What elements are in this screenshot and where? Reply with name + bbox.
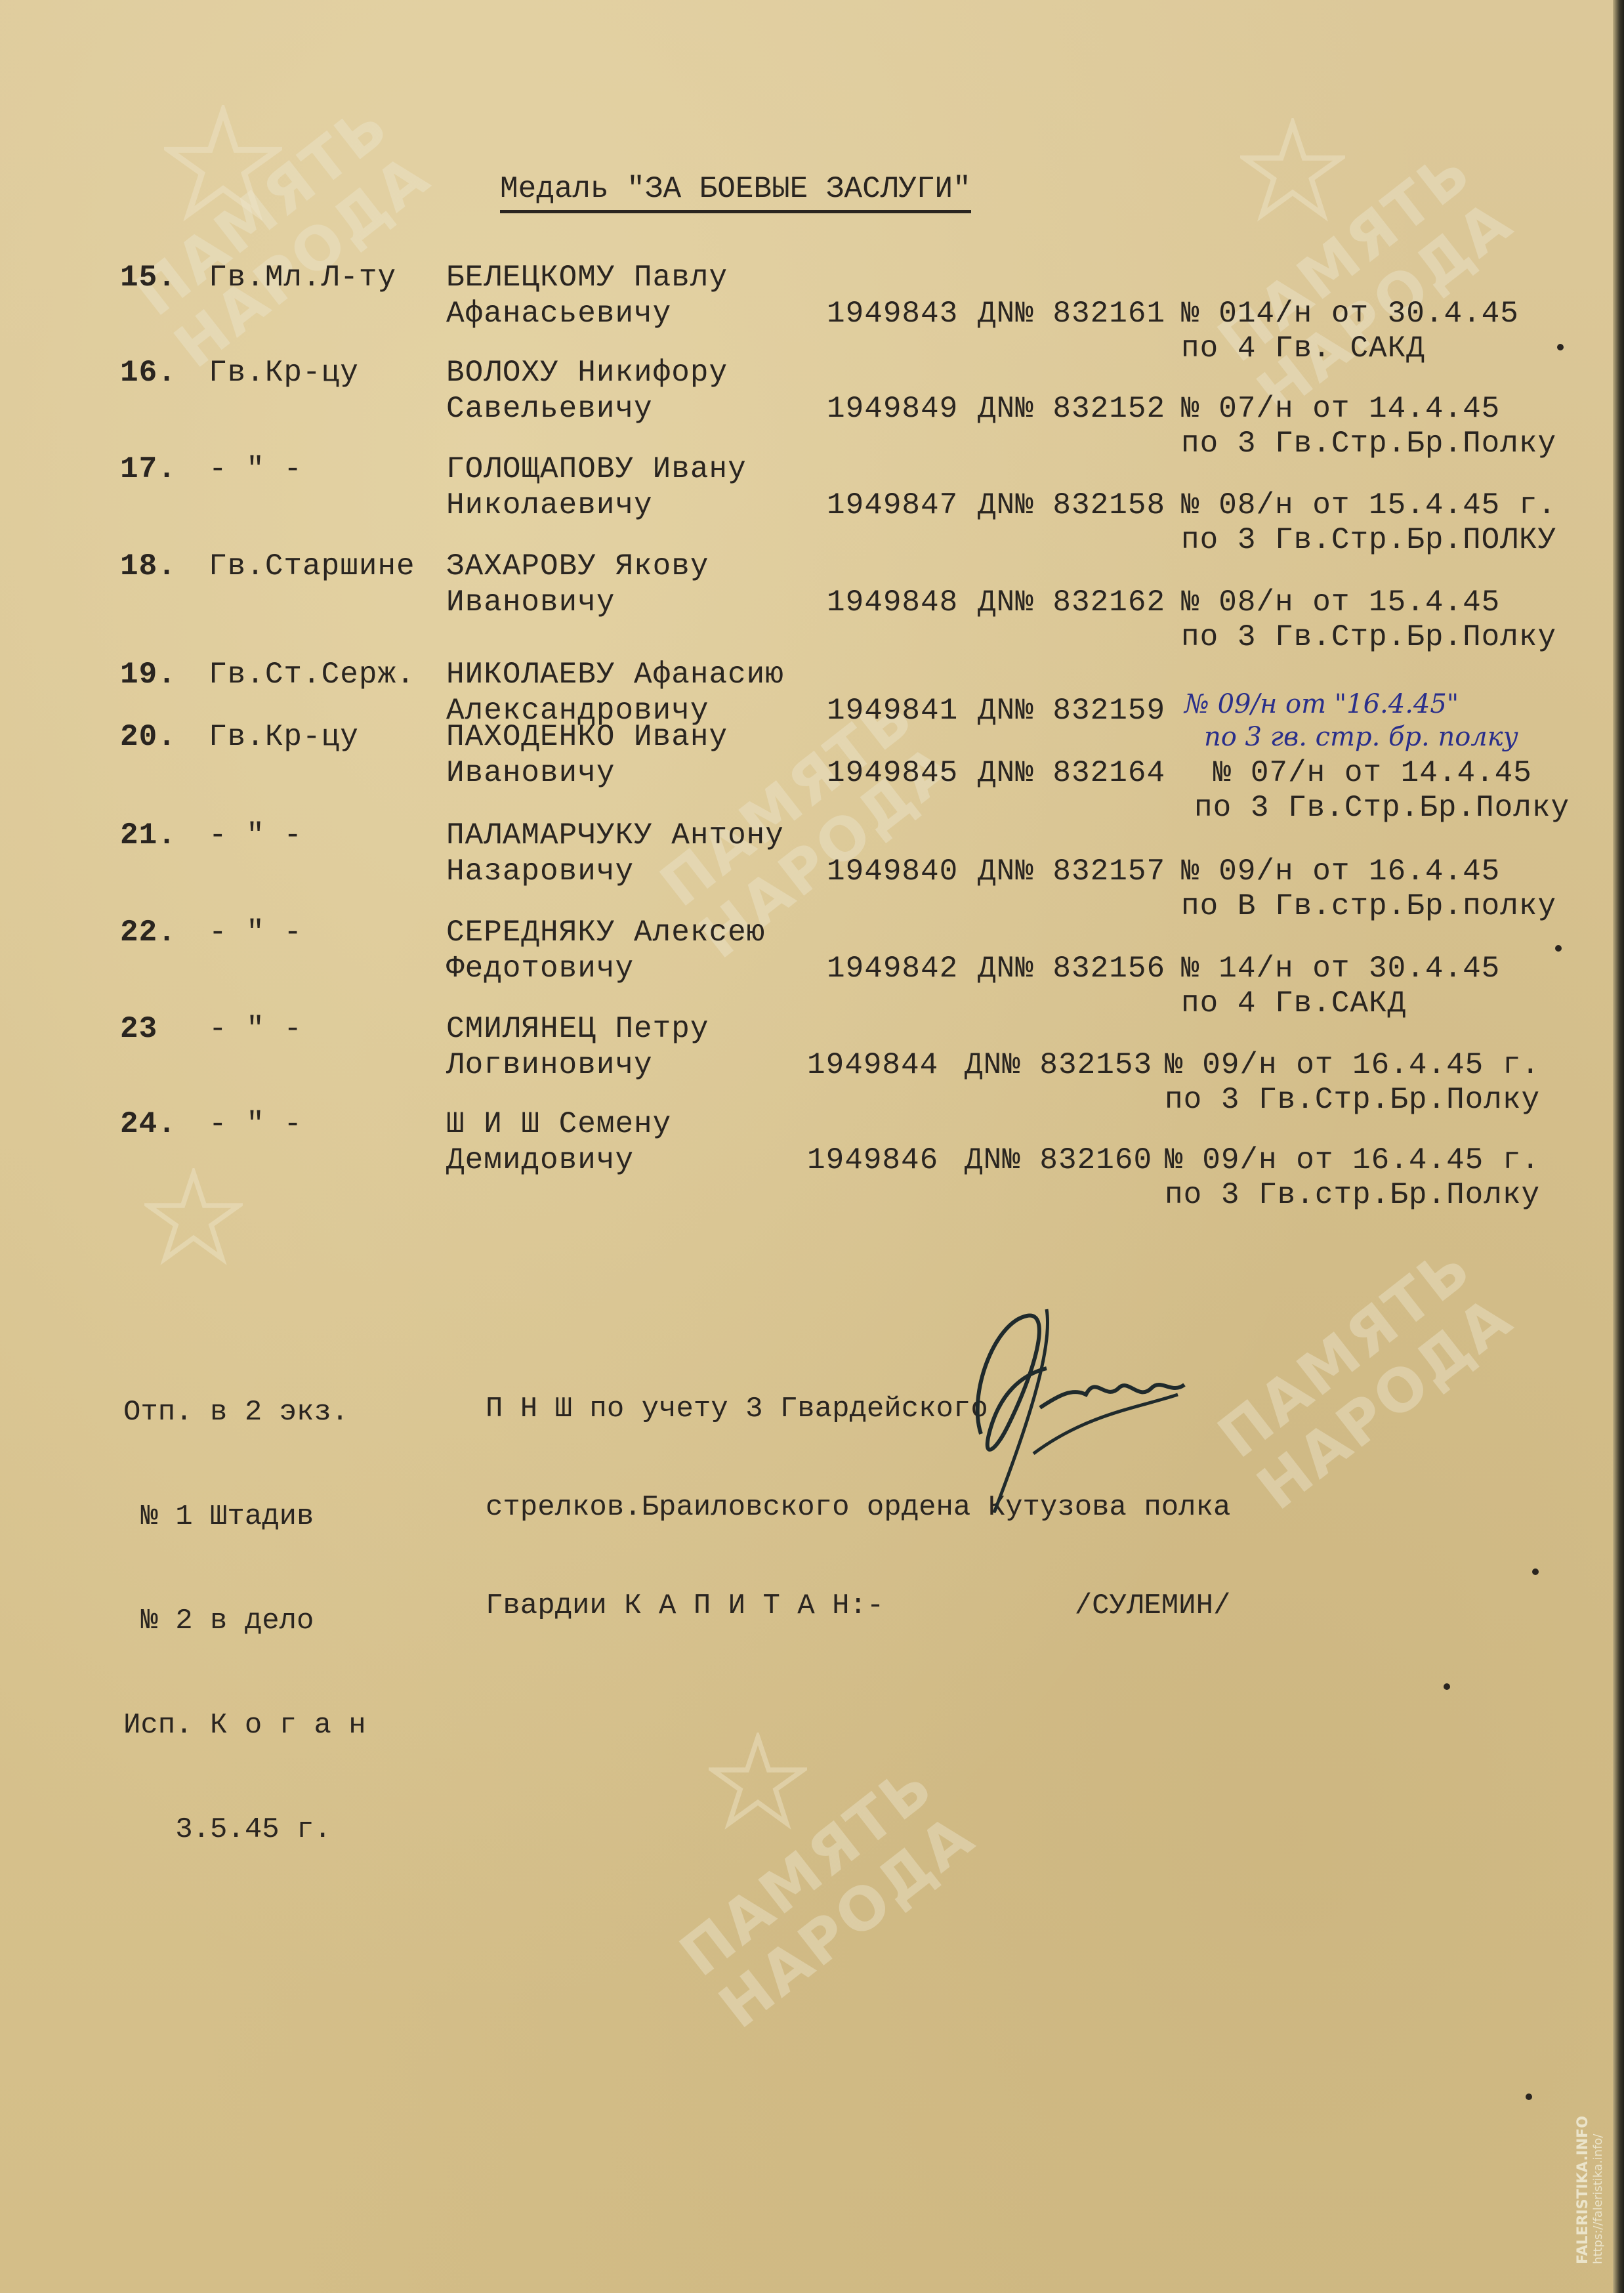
entry-patronymic: Ивановичу (446, 587, 615, 618)
entry-number: 17. (120, 454, 177, 484)
medal-number: 1949847 (827, 490, 958, 520)
award-entry: 23- " -СМИЛЯНЕЦ ПетруЛогвиновичу1949844Д… (0, 1014, 1613, 1106)
medal-number: 1949846 (807, 1145, 938, 1175)
entry-rank: Гв.Старшине (209, 551, 415, 581)
award-entry: 21.- " -ПАЛАМАРЧУКУ АнтонуНазаровичу1949… (0, 820, 1613, 912)
document-number: ДN№ 832153 (965, 1050, 1152, 1080)
document-number: ДN№ 832160 (965, 1145, 1152, 1175)
entry-surname-name: СМИЛЯНЕЦ Петру (446, 1014, 709, 1044)
order-reference: № 07/н от 14.4.45 (1181, 394, 1500, 424)
document-number: ДN№ 832162 (978, 587, 1165, 618)
award-entry: 16.Гв.Кр-цуВОЛОХУ НикифоруСавельевичу194… (0, 358, 1613, 450)
award-entry: 20.Гв.Кр-цуПАХОДЕНКО ИвануИвановичу19498… (0, 722, 1613, 814)
award-entry: 22.- " -СЕРЕДНЯКУ АлексеюФедотовичу19498… (0, 917, 1613, 1009)
document-number: ДN№ 832158 (978, 490, 1165, 520)
site-watermark: FALERISTIKA.INFO https://faleristika.inf… (1575, 2116, 1605, 2264)
order-reference: № 14/н от 30.4.45 (1181, 954, 1500, 984)
order-unit: по 3 Гв.Стр.Бр.Полку (1181, 622, 1556, 652)
order-reference: № 08/н от 15.4.45 г. (1181, 490, 1556, 520)
paper-speck (1557, 344, 1564, 350)
entry-surname-name: ПАЛАМАРЧУКУ Антону (446, 820, 784, 851)
medal-number: 1949849 (827, 394, 958, 424)
medal-number: 1949848 (827, 587, 958, 618)
entry-rank: Гв.Мл.Л-ту (209, 263, 396, 293)
document-title: Медаль "ЗА БОЕВЫЕ ЗАСЛУГИ" (500, 172, 971, 213)
page-edge-shadow (1613, 0, 1624, 2293)
entry-number: 18. (120, 551, 177, 581)
document-number: ДN№ 832164 (978, 758, 1165, 788)
entry-number: 23 (120, 1014, 157, 1044)
order-reference: № 07/н от 14.4.45 (1194, 758, 1532, 788)
paper-speck (1526, 2093, 1532, 2100)
entry-patronymic: Федотовичу (446, 954, 634, 984)
entry-patronymic: Николаевичу (446, 490, 653, 520)
order-reference: № 09/н от 16.4.45 г. (1165, 1145, 1540, 1175)
entry-rank: - " - (209, 1109, 302, 1139)
paper-speck (1555, 945, 1562, 952)
signature-icon (955, 1296, 1257, 1513)
order-reference: № 09/н от "16.4.45" (1184, 689, 1459, 719)
entry-surname-name: ВОЛОХУ Никифору (446, 358, 728, 388)
entry-surname-name: НИКОЛАЕВУ Афанасию (446, 660, 784, 690)
entry-number: 24. (120, 1109, 177, 1139)
order-reference: № 09/н от 16.4.45 г. (1165, 1050, 1540, 1080)
paper-speck (1532, 1568, 1539, 1575)
award-entry: 18.Гв.СтаршинеЗАХАРОВУ ЯковуИвановичу194… (0, 551, 1613, 643)
entry-surname-name: ПАХОДЕНКО Ивану (446, 722, 728, 752)
entry-rank: - " - (209, 454, 302, 484)
dispatch-note: Отп. в 2 экз. № 1 Штадив № 2 в дело Исп.… (123, 1326, 366, 1882)
entry-number: 16. (120, 358, 177, 388)
dispatch-line: 3.5.45 г. (123, 1813, 366, 1847)
entry-number: 21. (120, 820, 177, 851)
award-entry: 15.Гв.Мл.Л-туБЕЛЕЦКОМУ ПавлуАфанасьевичу… (0, 263, 1613, 354)
paper-speck (1444, 1683, 1450, 1690)
document-number: ДN№ 832156 (978, 954, 1165, 984)
medal-number: 1949844 (807, 1050, 938, 1080)
dispatch-line: № 1 Штадив (123, 1500, 366, 1534)
entry-rank: Гв.Ст.Серж. (209, 660, 415, 690)
order-unit: по 3 Гв.Стр.Бр.Полку (1194, 793, 1570, 823)
order-reference: № 09/н от 16.4.45 (1181, 856, 1500, 887)
entry-number: 20. (120, 722, 177, 752)
entry-surname-name: ЗАХАРОВУ Якову (446, 551, 709, 581)
entry-patronymic: Афанасьевичу (446, 299, 671, 329)
signatory-line: Гвардии К А П И Т А Н:- /СУЛЕМИН/ (486, 1589, 1230, 1622)
entry-patronymic: Назаровичу (446, 856, 634, 887)
entry-rank: - " - (209, 820, 302, 851)
entry-surname-name: СЕРЕДНЯКУ Алексею (446, 917, 765, 948)
document-number: ДN№ 832157 (978, 856, 1165, 887)
entry-rank: - " - (209, 1014, 302, 1044)
order-reference: № 08/н от 15.4.45 (1181, 587, 1500, 618)
entry-patronymic: Демидовичу (446, 1145, 634, 1175)
dispatch-line: Отп. в 2 экз. (123, 1395, 366, 1430)
entry-number: 19. (120, 660, 177, 690)
dispatch-line: Исп. К о г а н (123, 1708, 366, 1743)
dispatch-line: № 2 в дело (123, 1604, 366, 1639)
entry-surname-name: Ш И Ш Семену (446, 1109, 671, 1139)
entry-patronymic: Ивановичу (446, 758, 615, 788)
medal-number: 1949845 (827, 758, 958, 788)
entry-rank: Гв.Кр-цу (209, 358, 359, 388)
medal-number: 1949840 (827, 856, 958, 887)
award-entry: 24.- " -Ш И Ш СеменуДемидовичу1949846ДN№… (0, 1109, 1613, 1201)
medal-number: 1949843 (827, 299, 958, 329)
medal-number: 1949842 (827, 954, 958, 984)
entry-rank: Гв.Кр-цу (209, 722, 359, 752)
order-reference: № 014/н от 30.4.45 (1181, 299, 1519, 329)
document-number: ДN№ 832152 (978, 394, 1165, 424)
entry-patronymic: Савельевичу (446, 394, 653, 424)
entry-rank: - " - (209, 917, 302, 948)
entry-surname-name: БЕЛЕЦКОМУ Павлу (446, 263, 728, 293)
order-unit: по 3 Гв.стр.Бр.Полку (1165, 1180, 1540, 1210)
entry-number: 15. (120, 263, 177, 293)
document-number: ДN№ 832161 (978, 299, 1165, 329)
entry-surname-name: ГОЛОЩАПОВУ Ивану (446, 454, 747, 484)
entry-patronymic: Логвиновичу (446, 1050, 653, 1080)
award-entry: 17.- " -ГОЛОЩАПОВУ ИвануНиколаевичу19498… (0, 454, 1613, 546)
entry-number: 22. (120, 917, 177, 948)
